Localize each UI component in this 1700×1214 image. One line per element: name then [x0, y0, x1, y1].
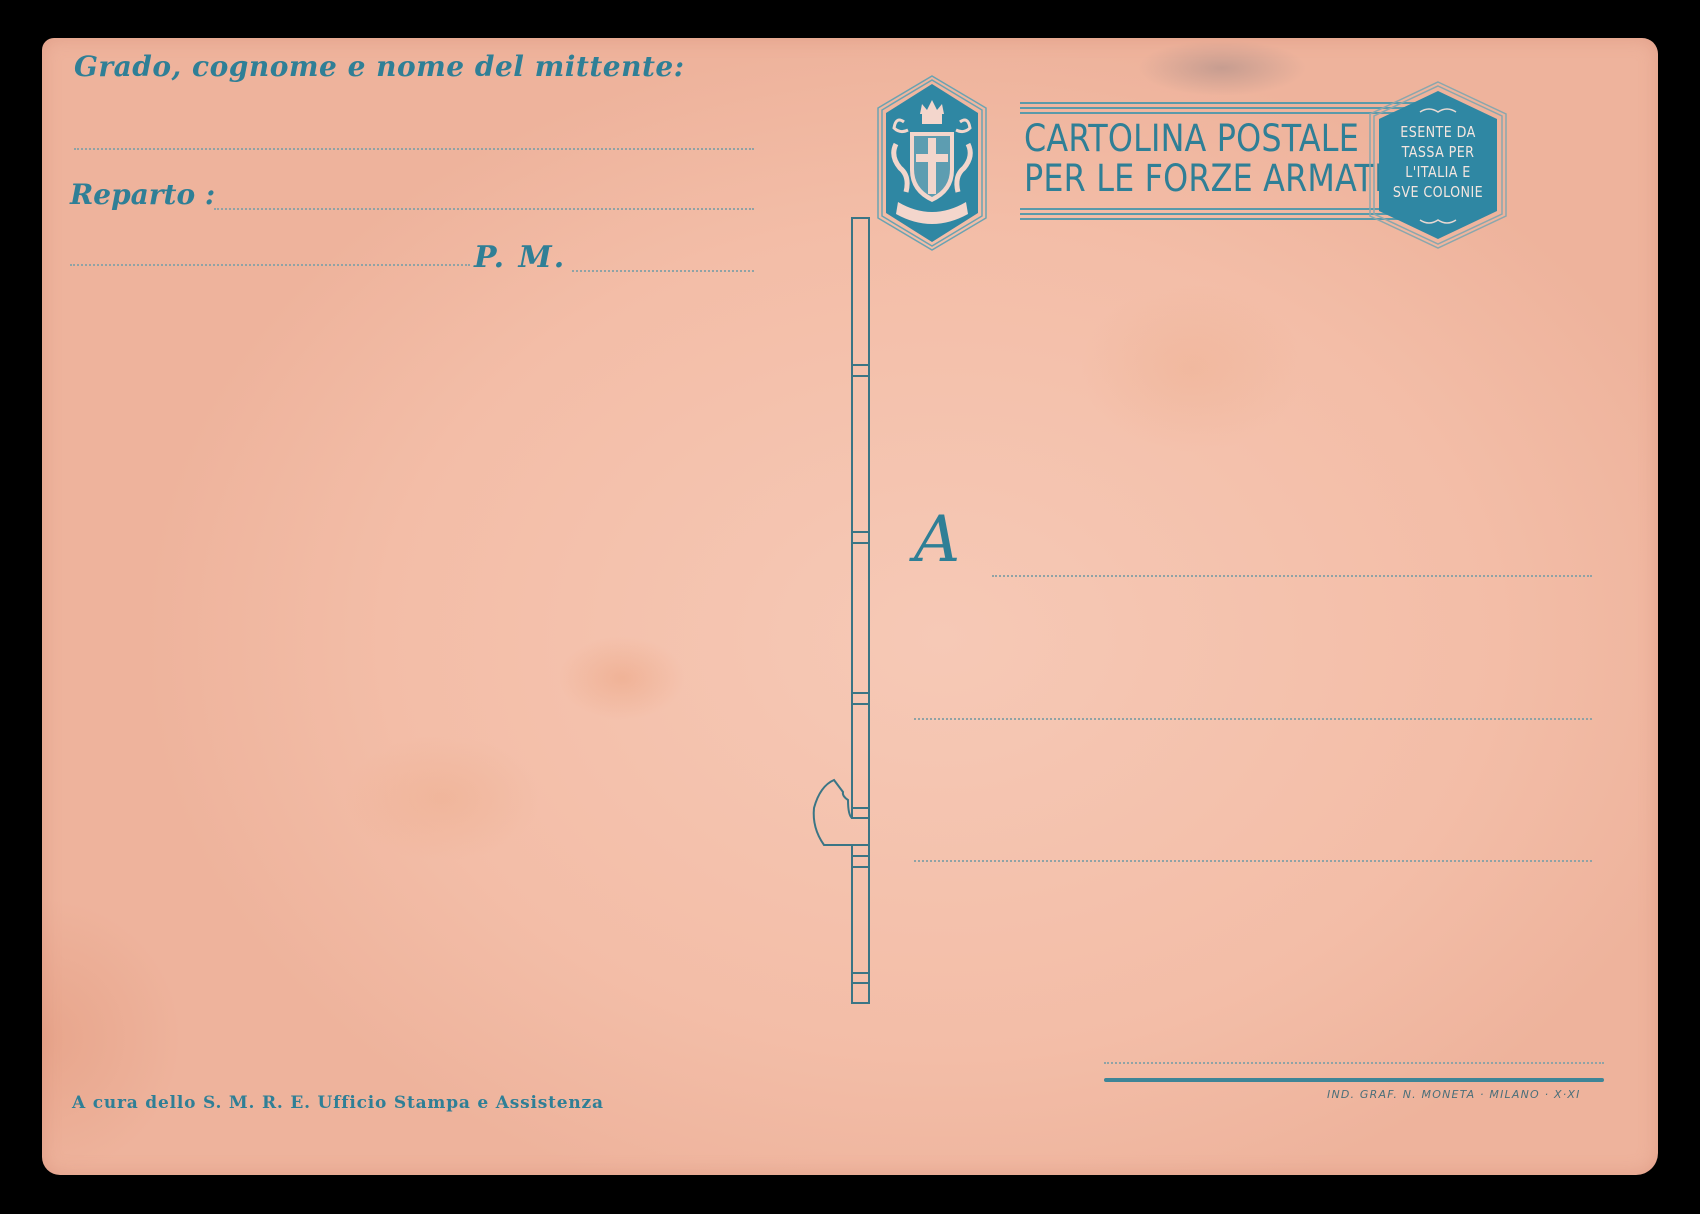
recipient-line-1[interactable] — [992, 575, 1592, 577]
recipient-line-4[interactable] — [1104, 1062, 1604, 1064]
bayonet-icon — [42, 38, 1658, 1175]
publisher-footer: A cura dello S. M. R. E. Ufficio Stampa … — [72, 1093, 604, 1113]
recipient-line-2[interactable] — [914, 718, 1592, 720]
printer-footer: IND. GRAF. N. MONETA · MILANO · X·XI — [1327, 1088, 1581, 1101]
recipient-label: A — [914, 503, 960, 577]
postcard: Grado, cognome e nome del mittente: Repa… — [42, 38, 1658, 1175]
bottom-rule — [1104, 1078, 1604, 1082]
recipient-line-3[interactable] — [914, 860, 1592, 862]
